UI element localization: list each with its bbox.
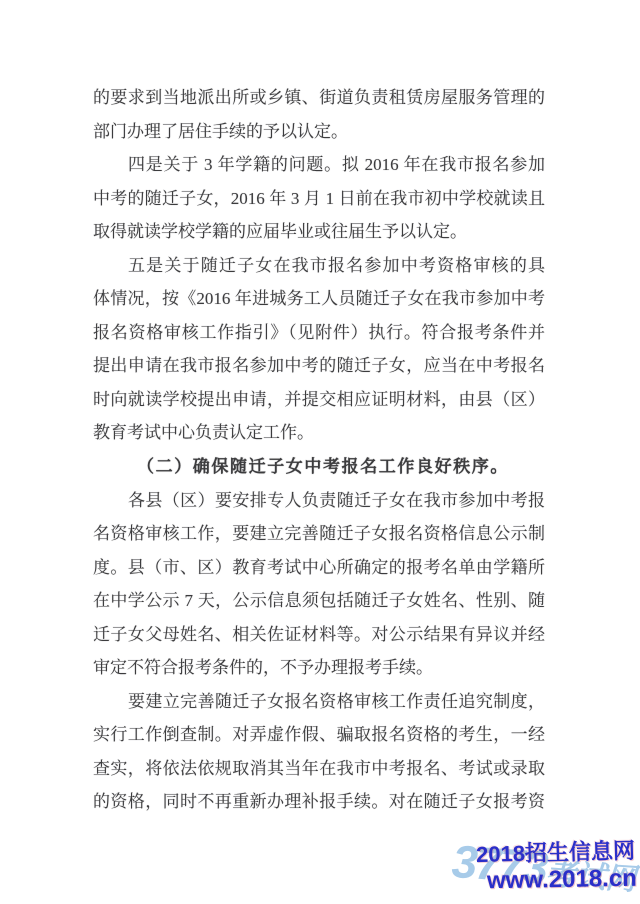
section-heading-line: （二）确保随迁子女中考报名工作良好秩序。: [93, 450, 545, 484]
text-line: 查实，将依法依规取消其当年在我市中考报名、考试或录取: [93, 752, 545, 786]
text-line: 的资格，同时不再重新办理补报手续。对在随迁子女报考资: [93, 785, 545, 819]
text-line: 取得就读学校学籍的应届毕业或往届生予以认定。: [93, 215, 545, 249]
text-line: 在中学公示 7 天，公示信息须包括随迁子女姓名、性别、随: [93, 584, 545, 618]
text-line: 提出申请在我市报名参加中考的随迁子女，应当在中考报名: [93, 349, 545, 383]
text-line: 审定不符合报考条件的，不予办理报考手续。: [93, 651, 545, 685]
text-line: 体情况，按《2016 年进城务工人员随迁子女在我市参加中考: [93, 282, 545, 316]
document-page: 的要求到当地派出所或乡镇、街道负责租赁房屋服务管理的部门办理了居住手续的予以认定…: [0, 0, 640, 904]
text-line: 报名资格审核工作指引》（见附件）执行。符合报考条件并: [93, 316, 545, 350]
watermark: 3773考试网 2018招生信息网 www.2018.cn: [450, 830, 640, 904]
text-line: 中考的随迁子女，2016 年 3 月 1 日前在我市初中学校就读且: [93, 182, 545, 216]
watermark-background-text: 3773考试网: [450, 834, 638, 901]
watermark-background-site-suffix: 考试网: [545, 858, 637, 897]
text-line: 名资格审核工作，要建立完善随迁子女报名资格信息公示制: [93, 517, 545, 551]
text-line: 教育考试中心负责认定工作。: [93, 416, 545, 450]
text-line: 各县（区）要安排专人负责随迁子女在我市参加中考报: [93, 484, 545, 518]
document-body: 的要求到当地派出所或乡镇、街道负责租赁房屋服务管理的部门办理了居住手续的予以认定…: [93, 81, 545, 819]
watermark-site-name: 2018招生信息网: [476, 834, 636, 869]
text-line: 要建立完善随迁子女报名资格审核工作责任追究制度，: [93, 685, 545, 719]
text-line: 实行工作倒查制。对弄虚作假、骗取报名资格的考生，一经: [93, 718, 545, 752]
watermark-site-url: www.2018.cn: [487, 865, 637, 896]
text-line: 五是关于随迁子女在我市报名参加中考资格审核的具: [93, 249, 545, 283]
text-line: 迁子女父母姓名、相关佐证材料等。对公示结果有异议并经: [93, 618, 545, 652]
text-line: 度。县（市、区）教育考试中心所确定的报考名单由学籍所: [93, 551, 545, 585]
text-line: 的要求到当地派出所或乡镇、街道负责租赁房屋服务管理的: [93, 81, 545, 115]
text-line: 四是关于 3 年学籍的问题。拟 2016 年在我市报名参加: [93, 148, 545, 182]
text-line: 时向就读学校提出申请，并提交相应证明材料，由县（区）: [93, 383, 545, 417]
text-line: 部门办理了居住手续的予以认定。: [93, 115, 545, 149]
watermark-background-digits: 3773: [450, 835, 548, 893]
